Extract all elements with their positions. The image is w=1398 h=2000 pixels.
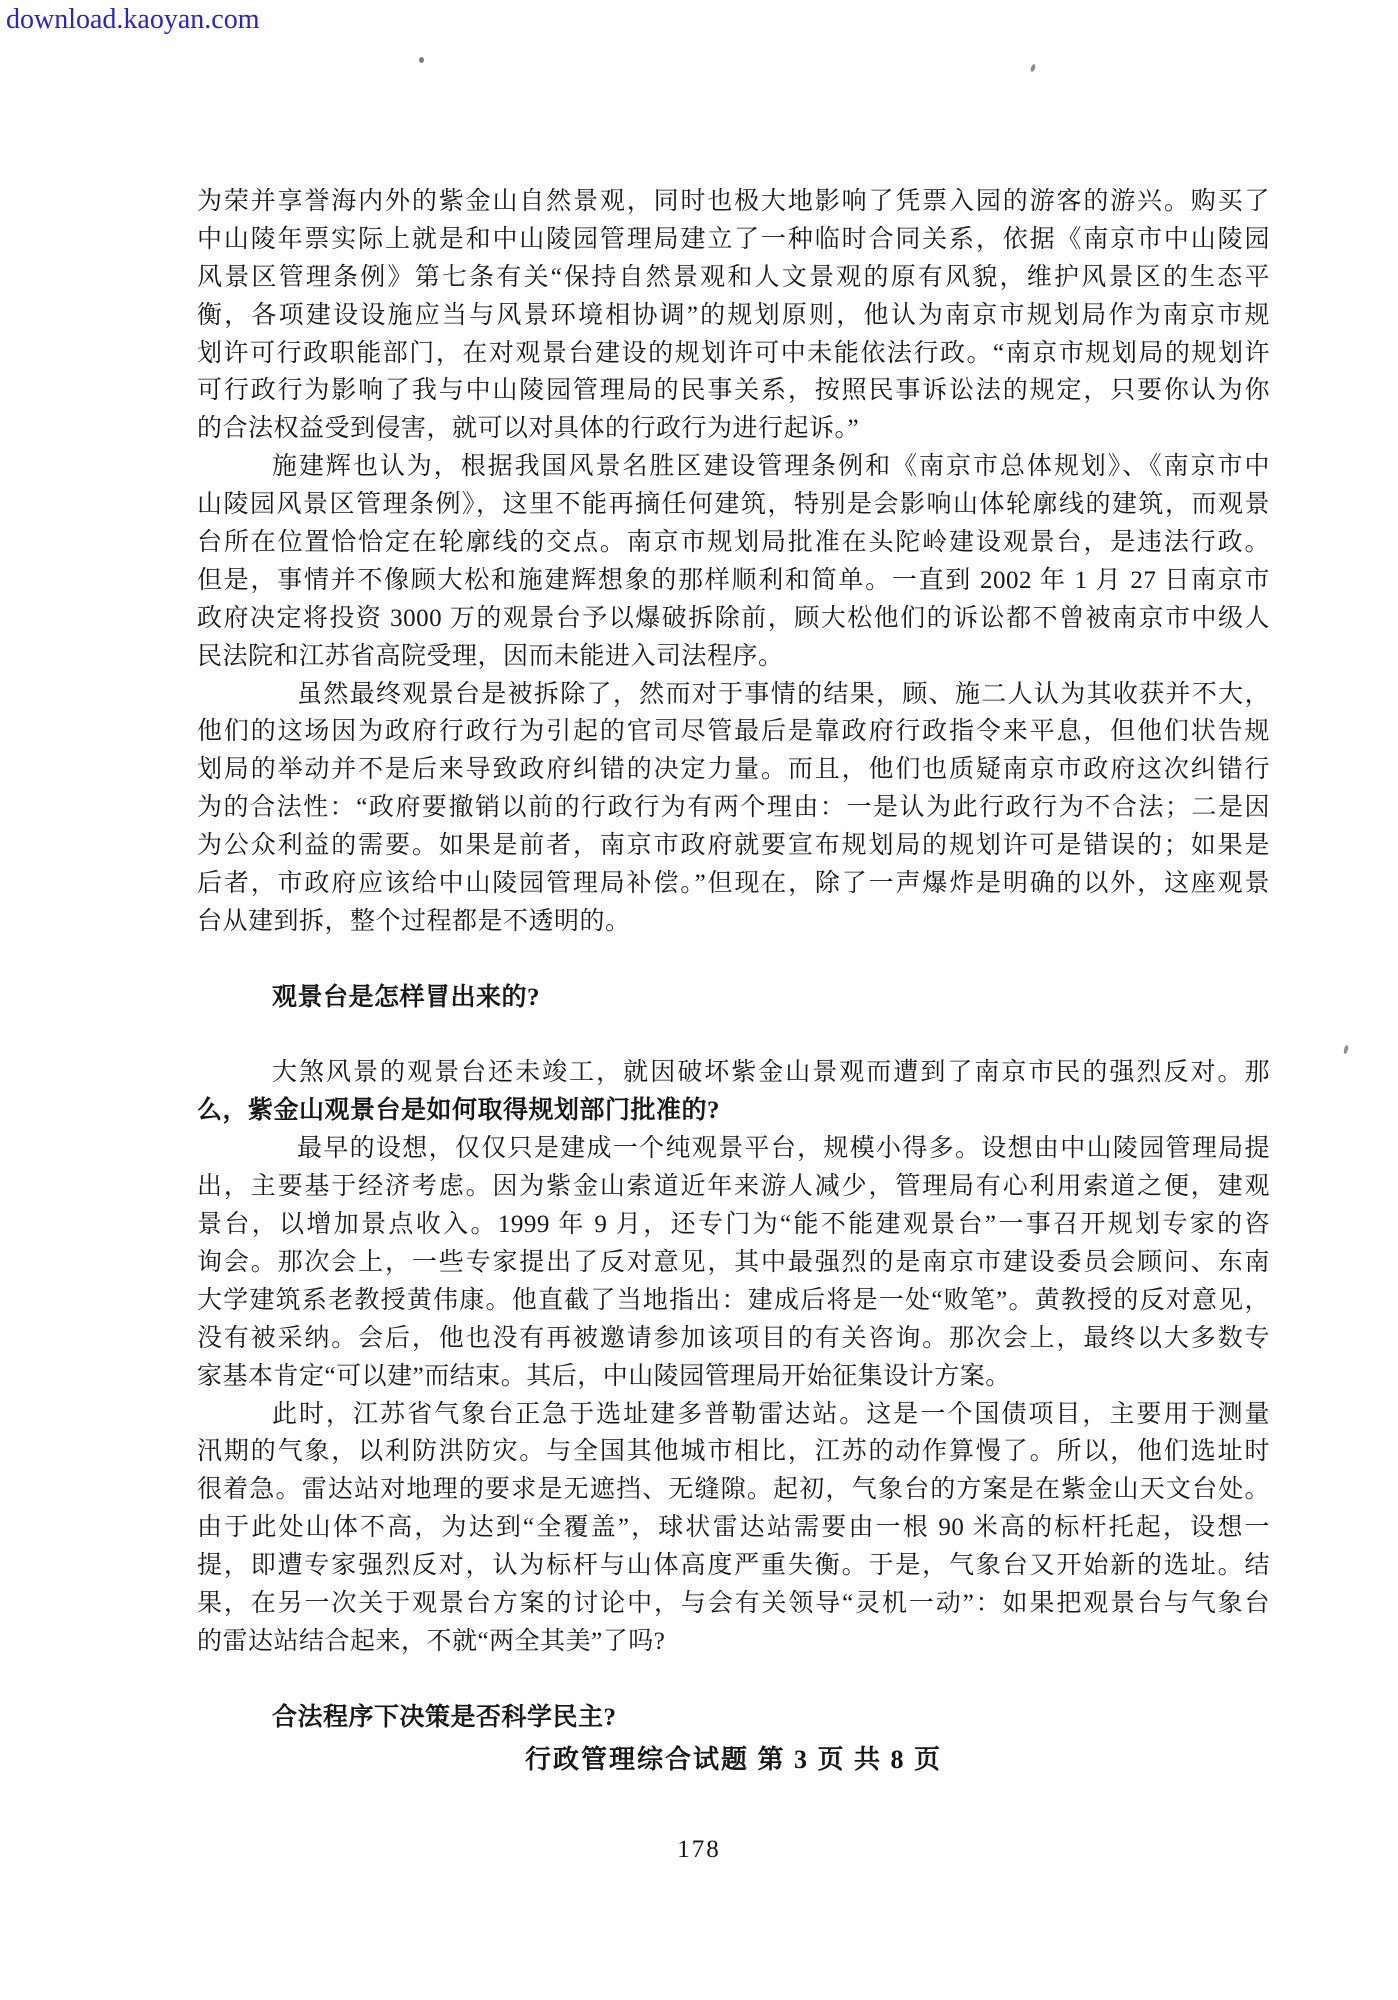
text-line: 此时，江苏省气象台正急于选址建多普勒雷达站。这是一个国债项目，主要用于测量 <box>197 1396 1270 1434</box>
text-line: 施建辉也认为，根据我国风景名胜区建设管理条例和《南京市总体规划》、《南京市中 <box>197 448 1270 486</box>
text-line: 划许可行政职能部门，在对观景台建设的规划许可中未能依法行政。“南京市规划局的规划… <box>197 335 1270 373</box>
text-line: 虽然最终观景台是被拆除了，然而对于事情的结果，顾、施二人认为其收获并不大， <box>197 676 1270 714</box>
text-line: 可行政行为影响了我与中山陵园管理局的民事关系，按照民事诉讼法的规定，只要你认为你 <box>197 372 1270 410</box>
text-line: 汛期的气象，以利防洪防灾。与全国其他城市相比，江苏的动作算慢了。所以，他们选址时 <box>197 1433 1270 1471</box>
text-line: 由于此处山体不高，为达到“全覆盖”，球状雷达站需要由一根 90 米高的标杆托起，… <box>197 1509 1270 1547</box>
document-footer: 行政管理综合试题 第 3 页 共 8 页 <box>197 1741 1270 1779</box>
text-line: 的合法权益受到侵害，就可以对具体的行政行为进行起诉。” <box>197 410 1270 448</box>
text-line: 为荣并享誉海内外的紫金山自然景观，同时也极大地影响了凭票入园的游客的游兴。购买了 <box>197 183 1270 221</box>
text-line: 果，在另一次关于观景台方案的讨论中，与会有关领导“灵机一动”：如果把观景台与气象… <box>197 1585 1270 1623</box>
text-line: 景台，以增加景点收入。1999 年 9 月，还专门为“能不能建观景台”一事召开规… <box>197 1206 1270 1244</box>
text-line: 大学建筑系老教授黄伟康。他直截了当地指出：建成后将是一处“败笔”。黄教授的反对意… <box>197 1282 1270 1320</box>
text-line: 么，紫金山观景台是如何取得规划部门批准的? <box>197 1092 1270 1130</box>
section-heading: 合法程序下决策是否科学民主? <box>197 1699 1270 1737</box>
text-line: 很着急。雷达站对地理的要求是无遮挡、无缝隙。起初，气象台的方案是在紫金山天文台处… <box>197 1471 1270 1509</box>
text-line: 家基本肯定“可以建”而结束。其后，中山陵园管理局开始征集设计方案。 <box>197 1358 1270 1396</box>
text-line: 没有被采纳。会后，他也没有再被邀请参加该项目的有关咨询。那次会上，最终以大多数专 <box>197 1320 1270 1358</box>
text-line: 政府决定将投资 3000 万的观景台予以爆破拆除前，顾大松他们的诉讼都不曾被南京… <box>197 600 1270 638</box>
text-line: 大煞风景的观景台还未竣工，就因破坏紫金山景观而遭到了南京市民的强烈反对。那 <box>197 1054 1270 1092</box>
text-line: 的雷达站结合起来，不就“两全其美”了吗? <box>197 1623 1270 1661</box>
text-line: 但是，事情并不像顾大松和施建辉想象的那样顺利和简单。一直到 2002 年 1 月… <box>197 562 1270 600</box>
text-line: 为的合法性：“政府要撤销以前的行政行为有两个理由：一是认为此行政行为不合法；二是… <box>197 789 1270 827</box>
page-number: 178 <box>0 1836 1398 1864</box>
scanned-document-page: download.kaoyan.com 为荣并享誉海内外的紫金山自然景观，同时也… <box>0 0 1398 2000</box>
text-line: 衡，各项建设设施应当与风景环境相协调”的规划原则，他认为南京市规划局作为南京市规 <box>197 297 1270 335</box>
text-line: 台从建到拆，整个过程都是不透明的。 <box>197 903 1270 941</box>
section-heading: 观景台是怎样冒出来的? <box>197 979 1270 1017</box>
scan-speck <box>419 57 424 63</box>
text-line: 后者，市政府应该给中山陵园管理局补偿。”但现在，除了一声爆炸是明确的以外，这座观… <box>197 865 1270 903</box>
text-line: 风景区管理条例》第七条有关“保持自然景观和人文景观的原有风貌，维护风景区的生态平 <box>197 259 1270 297</box>
scan-speck <box>1343 1045 1349 1055</box>
text-line: 出，主要基于经济考虑。因为紫金山索道近年来游人减少，管理局有心利用索道之便，建观 <box>197 1168 1270 1206</box>
text-line: 划局的举动并不是后来导致政府纠错的决定力量。而且，他们也质疑南京市政府这次纠错行 <box>197 751 1270 789</box>
text-line: 山陵园风景区管理条例》，这里不能再摘任何建筑，特别是会影响山体轮廓线的建筑，而观… <box>197 486 1270 524</box>
text-line: 为公众利益的需要。如果是前者，南京市政府就要宣布规划局的规划许可是错误的；如果是 <box>197 827 1270 865</box>
text-line: 提，即遭专家强烈反对，认为标杆与山体高度严重失衡。于是，气象台又开始新的选址。结 <box>197 1547 1270 1585</box>
text-line: 最早的设想，仅仅只是建成一个纯观景平台，规模小得多。设想由中山陵园管理局提 <box>197 1130 1270 1168</box>
text-line: 台所在位置恰恰定在轮廓线的交点。南京市规划局批准在头陀岭建设观景台，是违法行政。 <box>197 524 1270 562</box>
text-line: 他们的这场因为政府行政行为引起的官司尽管最后是靠政府行政指令来平息，但他们状告规 <box>197 713 1270 751</box>
document-body: 为荣并享誉海内外的紫金山自然景观，同时也极大地影响了凭票入园的游客的游兴。购买了… <box>197 183 1270 1774</box>
text-line: 询会。那次会上，一些专家提出了反对意见，其中最强烈的是南京市建设委员会顾问、东南 <box>197 1244 1270 1282</box>
text-line: 中山陵年票实际上就是和中山陵园管理局建立了一种临时合同关系，依据《南京市中山陵园 <box>197 221 1270 259</box>
watermark-url: download.kaoyan.com <box>6 4 260 36</box>
scan-speck <box>1030 64 1036 73</box>
text-line: 民法院和江苏省高院受理，因而未能进入司法程序。 <box>197 638 1270 676</box>
